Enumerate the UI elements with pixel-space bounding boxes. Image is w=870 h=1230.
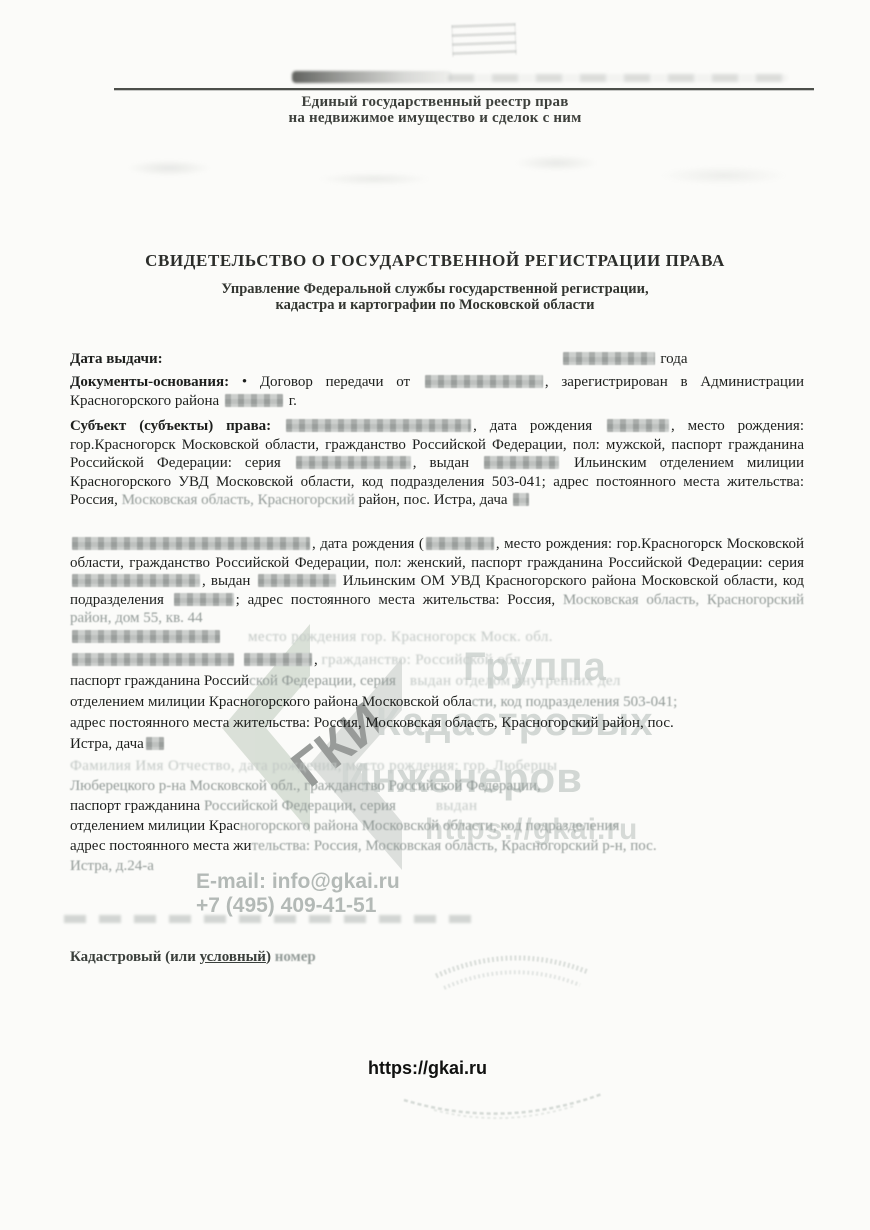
issuing-authority-line1: Управление Федеральной службы государств… <box>0 282 870 298</box>
text-segment: отделением милиции Крас <box>70 818 240 834</box>
text-segment: Документы-основания: <box>70 374 229 390</box>
spacer <box>222 640 248 641</box>
text-segment: место рождения гор. Красногорск Моск. об… <box>248 629 553 645</box>
scan-smudge-dark <box>292 71 452 83</box>
registry-header: Единый государственный реестр прав на не… <box>0 94 870 126</box>
text-segment: адрес постоянного места жи <box>70 838 252 854</box>
spacer <box>163 362 561 363</box>
redaction-block <box>146 737 164 750</box>
text-segment: Кадастровый (или <box>70 949 200 965</box>
field-basis-documents: Документы-основания: • Договор передачи … <box>70 373 804 410</box>
redaction-block <box>484 456 559 469</box>
text-segment: Истра, д.24-а <box>70 858 154 874</box>
text-segment: отделением милиции Красногорского района… <box>70 694 472 710</box>
text-segment: , <box>314 652 322 668</box>
redaction-block <box>72 630 220 643</box>
certificate-title: СВИДЕТЕЛЬСТВО О ГОСУДАРСТВЕННОЙ РЕГИСТРА… <box>0 251 870 271</box>
text-segment: , выдан <box>202 573 256 589</box>
text-segment: Истра, дача <box>70 736 144 752</box>
field-subject-3: , гражданство: Российской обл.,паспорт г… <box>70 650 804 755</box>
scan-smudge-light <box>448 74 788 82</box>
text-segment: , дата рождения ( <box>312 536 424 552</box>
text-segment: Фамилия Имя Отчество, дата рождения, мес… <box>70 758 557 774</box>
redaction-block <box>296 456 411 469</box>
redaction-block <box>286 419 471 432</box>
text-segment: , выдан <box>413 455 482 471</box>
text-segment: паспорт гражданина <box>70 798 200 814</box>
text-segment: Субъект (субъекты) права: <box>70 418 284 434</box>
text-segment: ской Федерации, серия <box>249 673 396 689</box>
text-segment: тельства: Россия, Московская область, Кр… <box>252 838 657 854</box>
text-segment: ; адрес постоянного места жительства: Ро… <box>236 592 563 608</box>
scan-noise-band <box>55 148 815 198</box>
text-segment: гражданство: Российской обл., <box>322 652 530 668</box>
spacer <box>396 809 436 810</box>
footer-url: https://gkai.ru <box>368 1058 487 1079</box>
redaction-block <box>513 493 529 506</box>
watermark-contact-block: E-mail: info@gkai.ru +7 (495) 409-41-51 <box>196 870 400 918</box>
field-issue-date: Дата выдачи: года <box>70 350 804 369</box>
text-segment: сти, код подразделения 503-041; <box>472 694 678 710</box>
text-segment: выдан <box>436 798 477 814</box>
redaction-block <box>72 653 234 666</box>
text-segment: Российской Федерации, серия <box>200 798 396 814</box>
registry-line1: Единый государственный реестр прав <box>0 94 870 110</box>
header-rule <box>114 88 814 90</box>
text-segment: выдан отделом внутренних дел <box>410 673 621 689</box>
redaction-block <box>174 593 234 606</box>
text-segment: паспорт гражданина Россий <box>70 673 249 689</box>
redaction-block <box>72 537 310 550</box>
text-segment: ногорского района Московской области, ко… <box>240 818 620 834</box>
redaction-block <box>563 352 655 365</box>
redaction-block <box>244 653 312 666</box>
pencil-note-mark <box>451 23 516 57</box>
faded-text-smudge <box>64 915 484 923</box>
spacer <box>396 684 410 685</box>
field-cadastral-number: Кадастровый (или условный) номер <box>70 948 804 967</box>
spacer <box>236 663 242 664</box>
bottom-stamp-arc <box>398 1086 608 1141</box>
text-segment: адрес постоянного места жительства: Росс… <box>70 715 674 731</box>
issuing-authority-line2: кадастра и картографии по Московской обл… <box>0 298 870 314</box>
scanned-certificate-page: ГКИ Группа Кадастровых Инженеров https:/… <box>0 0 870 1230</box>
redaction-block <box>225 394 283 407</box>
registry-line2: на недвижимое имущество и сделок с ним <box>0 110 870 126</box>
text-segment: Дата выдачи: <box>70 351 163 367</box>
text-segment: номер <box>271 949 316 965</box>
redaction-block <box>72 574 200 587</box>
issuing-authority: Управление Федеральной службы государств… <box>0 282 870 313</box>
text-segment: • Договор передачи от <box>229 374 423 390</box>
redaction-block <box>607 419 669 432</box>
field-subject-4: Фамилия Имя Отчество, дата рождения, мес… <box>70 756 804 876</box>
text-segment: г. <box>285 393 297 409</box>
field-subject-1: Субъект (субъекты) права: , дата рождени… <box>70 417 804 510</box>
redaction-block <box>425 375 543 388</box>
field-subject-2: , дата рождения (, место рождения: гор.К… <box>70 535 804 647</box>
text-segment: года <box>657 351 688 367</box>
redaction-block <box>258 574 336 587</box>
redaction-block <box>426 537 494 550</box>
text-segment: , дата рождения <box>473 418 605 434</box>
text-segment: Люберецкого р-на Московской обл., гражда… <box>70 778 541 794</box>
text-segment: условный <box>200 949 266 965</box>
text-segment: Московская область, Красногорский <box>122 492 355 508</box>
text-segment: район, пос. Истра, дача <box>355 492 512 508</box>
